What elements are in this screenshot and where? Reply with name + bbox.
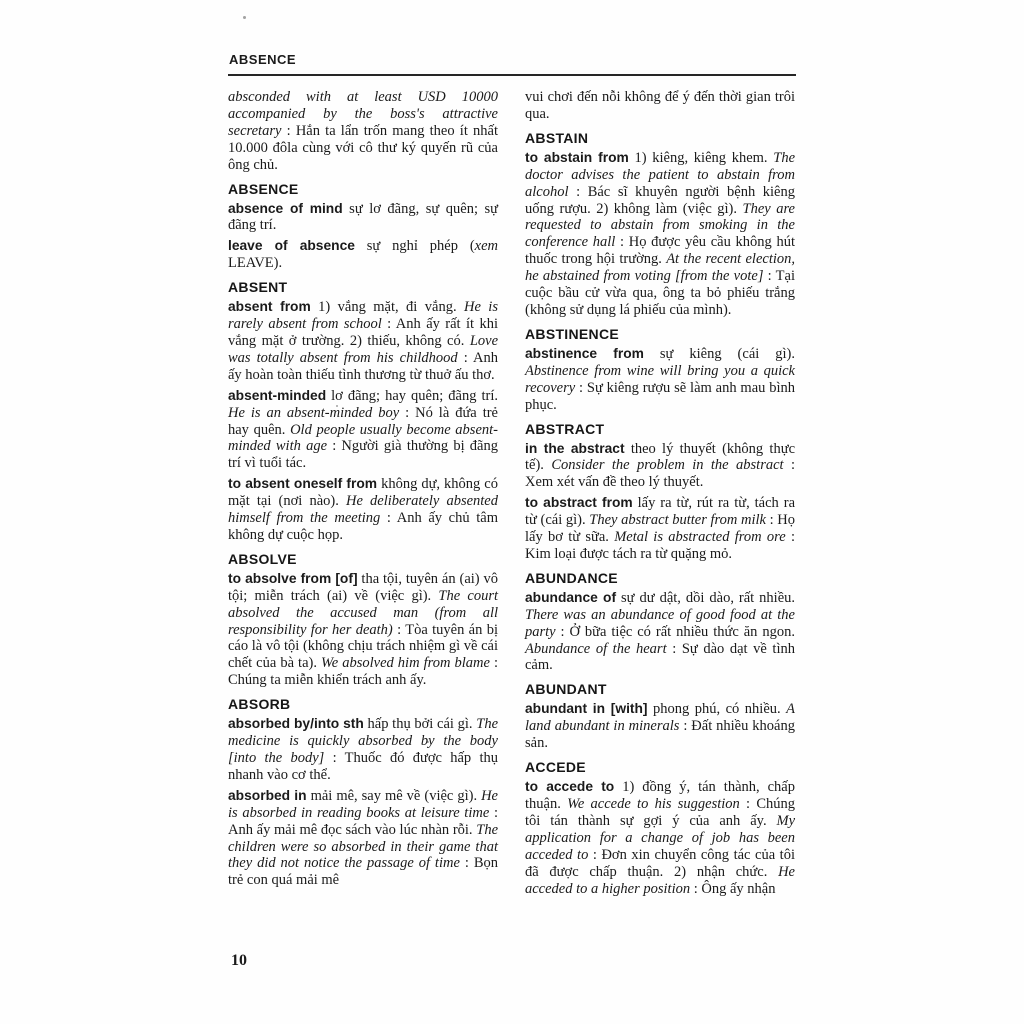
entry-paragraph: abundance of sự dư dật, dồi dào, rất nhi… [525,590,795,675]
headword-label: to absent oneself from [228,476,377,491]
example-text: We accede to his suggestion [567,796,740,812]
example-text: He is an absent-minded boy [228,405,399,421]
translation-text: lơ đãng; hay quên; đãng trí. [326,388,498,404]
translation-text: : Ở bữa tiệc có rất nhiều thức ăn ngon. [556,624,795,640]
page-content: ABSENCE absconded with at least USD 1000… [228,52,796,901]
headword-label: leave of absence [228,238,355,253]
headword-label: in the abstract [525,441,625,456]
headword-label: to abstract from [525,495,633,510]
example-text: Abundance of the heart [525,641,667,657]
entry-headword-heading: ABSORB [228,696,498,713]
headword-label: absorbed by/into sth [228,716,364,731]
translation-text: vui chơi đến nỗi không để ý đến thời gia… [525,89,795,122]
entry-headword-heading: ABSTINENCE [525,326,795,343]
entry-paragraph: absorbed by/into sth hấp thụ bởi cái gì.… [228,716,498,784]
entry-paragraph: absorbed in mải mê, say mê về (việc gì).… [228,788,498,889]
left-column: absconded with at least USD 10000 accomp… [228,89,498,893]
example-text: Consider the problem in the abstract [551,457,783,473]
entry-paragraph: to abstract from lấy ra từ, rút ra từ, t… [525,495,795,563]
headword-label: abundant in [with] [525,701,648,716]
example-text: We absolved him from blame [321,655,490,671]
entry-paragraph: to accede to 1) đồng ý, tán thành, chấp … [525,779,795,897]
example-text: Metal is abstracted from ore [614,529,785,545]
entry-paragraph: abstinence from sự kiêng (cái gì). Absti… [525,346,795,414]
header-rule [228,74,796,76]
right-column: vui chơi đến nỗi không để ý đến thời gia… [525,89,795,901]
entry-headword-heading: ABUNDANCE [525,570,795,587]
translation-text: sự nghỉ phép ( [355,238,475,254]
translation-text: sự kiêng (cái gì). [644,346,795,362]
headword-label: abundance of [525,590,616,605]
headword-label: absent-minded [228,388,326,403]
translation-text: : Ông ấy nhận [690,881,775,897]
translation-text: phong phú, có nhiều. [648,701,787,717]
entry-paragraph: absent-minded lơ đãng; hay quên; đãng tr… [228,388,498,473]
entry-headword-heading: ABSOLVE [228,551,498,568]
scan-speck [243,16,246,19]
entry-paragraph: absence of mind sự lơ đãng, sự quên; sự … [228,201,498,235]
entry-paragraph: to absent oneself from không dự, không c… [228,476,498,544]
entry-paragraph: to abstain from 1) kiêng, kiêng khem. Th… [525,150,795,319]
headword-label: absence of mind [228,201,343,216]
example-text: They abstract butter from milk [589,512,766,528]
continuation-paragraph: absconded with at least USD 10000 accomp… [228,89,498,174]
entry-headword-heading: ACCEDE [525,759,795,776]
entry-headword-heading: ABSTRACT [525,421,795,438]
entry-headword-heading: ABUNDANT [525,681,795,698]
entry-headword-heading: ABSENT [228,279,498,296]
page-number: 10 [231,952,247,970]
entry-paragraph: abundant in [with] phong phú, có nhiều. … [525,701,795,752]
headword-label: absorbed in [228,788,307,803]
example-text: xem [475,238,498,254]
entry-paragraph: to absolve from [of] tha tội, tuyên án (… [228,571,498,689]
translation-text: hấp thụ bởi cái gì. [364,716,476,732]
running-head: ABSENCE [229,52,796,67]
entry-paragraph: leave of absence sự nghỉ phép (xem LEAVE… [228,238,498,272]
headword-label: abstinence from [525,346,644,361]
headword-label: to accede to [525,779,614,794]
headword-label: to abstain from [525,150,629,165]
continuation-paragraph: vui chơi đến nỗi không để ý đến thời gia… [525,89,795,123]
translation-text: 1) kiêng, kiêng khem. [629,150,773,166]
translation-text: 1) vắng mặt, đi vắng. [311,299,464,315]
entry-paragraph: absent from 1) vắng mặt, đi vắng. He is … [228,299,498,384]
text-columns: absconded with at least USD 10000 accomp… [228,89,796,901]
headword-label: absent from [228,299,311,314]
translation-text: LEAVE). [228,255,282,271]
headword-label: to absolve from [of] [228,571,358,586]
entry-headword-heading: ABSENCE [228,181,498,198]
translation-text: mải mê, say mê về (việc gì). [307,788,482,804]
entry-paragraph: in the abstract theo lý thuyết (không th… [525,441,795,492]
entry-headword-heading: ABSTAIN [525,130,795,147]
dictionary-page: ABSENCE absconded with at least USD 1000… [0,0,1024,1024]
translation-text: sự dư dật, dồi dào, rất nhiều. [616,590,795,606]
